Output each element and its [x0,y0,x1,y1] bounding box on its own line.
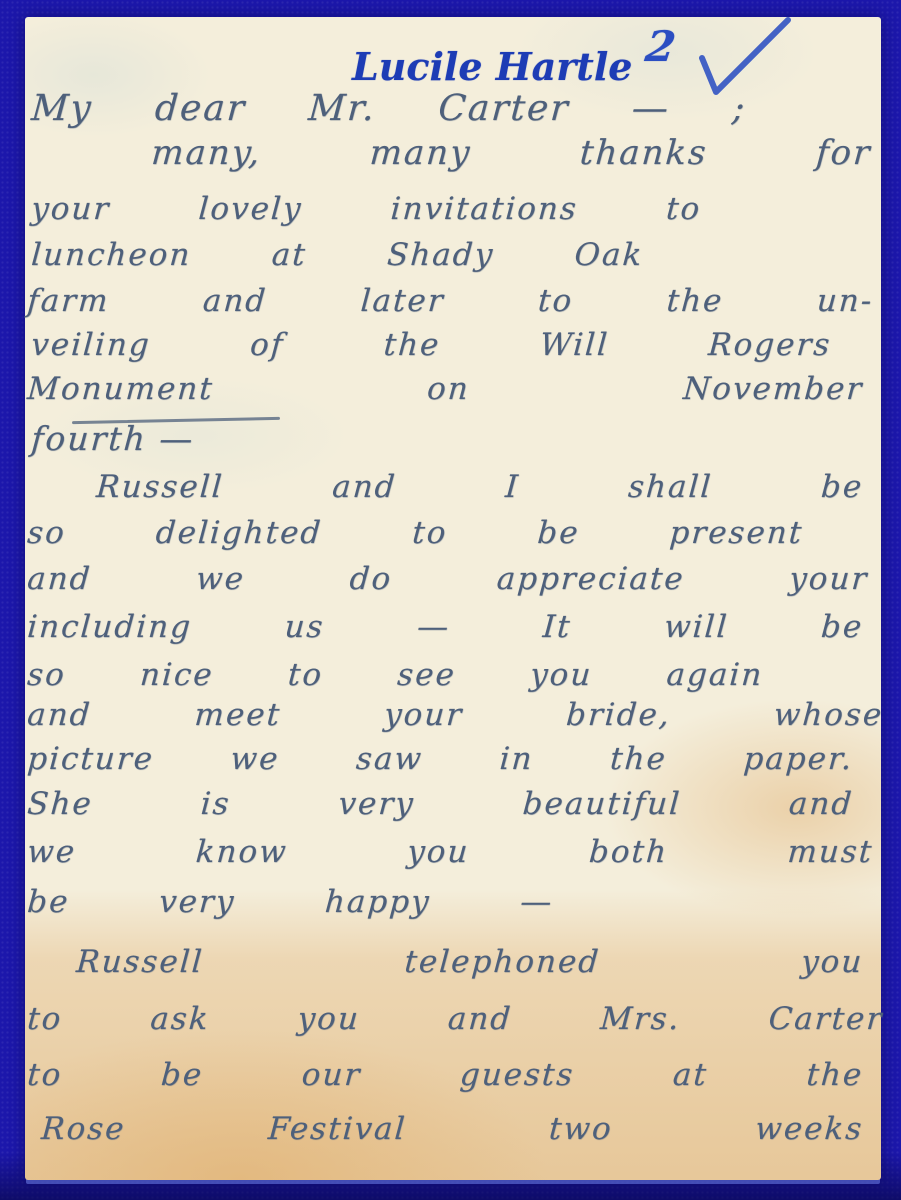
handwritten-letter-body: My dear Mr. Carter — ;many, many thanks … [0,0,901,1200]
letter-line: and we do appreciate your [26,562,869,598]
letter-line: and meet your bride, whose [26,698,884,734]
letter-line: picture we saw in the paper. [26,742,854,778]
letter-line: Russell telephoned you [75,945,864,981]
letter-line: Russell and I shall be [95,470,864,506]
letter-line: we know you both must [26,835,874,871]
letter-line: many, many thanks for [150,134,873,173]
letter-line: fourth — [30,420,333,458]
letter-line: luncheon at Shady Oak [30,238,644,274]
letter-line: to ask you and Mrs. Carter [26,1002,884,1038]
letter-line: your lovely invitations to [30,192,702,228]
letter-line: Monument on November [26,372,864,408]
letter-line: so delighted to be present [26,516,804,552]
letter-line: be very happy — [26,885,554,921]
letter-line: so nice to see you again [26,658,764,694]
letter-line: Rose Festival two weeks [40,1112,864,1148]
letter-line: veiling of the Will Rogers [30,328,832,364]
letter-line: My dear Mr. Carter — ; [30,88,748,129]
scanned-letter: Lucile Hartle 2 My dear Mr. Carter — ;ma… [0,0,901,1200]
letter-line: including us — It will be [26,610,864,646]
letter-line: to be our guests at the [26,1058,864,1094]
letter-line: She is very beautiful and [26,787,854,823]
letter-line: farm and later to the un- [26,284,874,320]
